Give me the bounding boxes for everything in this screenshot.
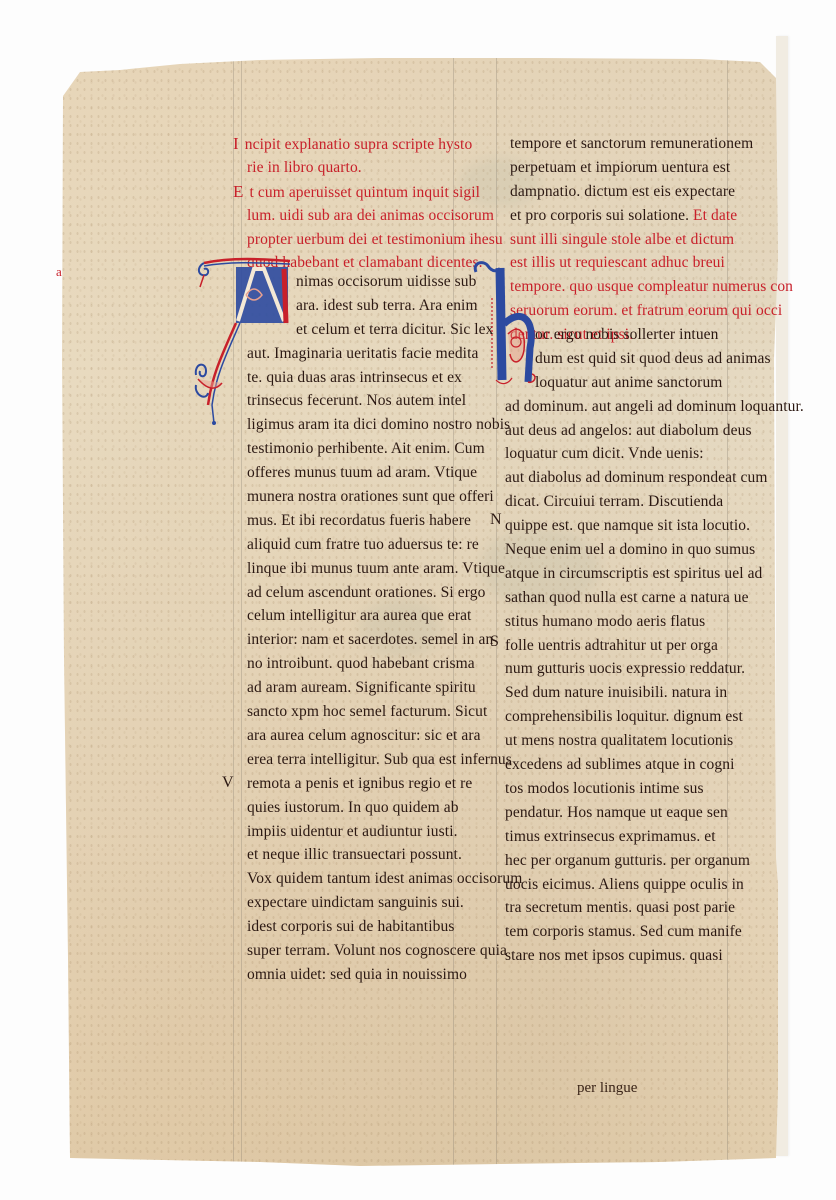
text-line: Neque enim uel a domino in quo sumus	[505, 538, 804, 562]
text-line: impiis uidentur et audiuntur iusti.	[247, 820, 522, 844]
text-line: uocis eicimus. Aliens quippe oculis in	[505, 873, 804, 897]
text-line: remota a penis et ignibus regio et re	[247, 772, 522, 796]
text-line: num gutturis uocis expressio reddatur.	[505, 657, 804, 681]
text-line: dicat. Circuiui terram. Discutienda	[505, 490, 804, 514]
text-line: ad celum ascendunt orationes. Si ergo	[247, 581, 522, 605]
text-line: hec per organum gutturis. per organum	[505, 849, 804, 873]
catchword: per lingue	[577, 1080, 637, 1097]
rubric-line: tempore. quo usque compleatur numerus co…	[510, 275, 793, 299]
text-line: testimonio perhibente. Ait enim. Cum	[247, 437, 522, 461]
text-line: stare nos met ipsos cupimus. quasi	[505, 944, 804, 968]
column-left: Incipit explanatio supra scripte hysto r…	[233, 132, 503, 275]
text-line: excedens ad sublimes atque in cogni	[505, 753, 804, 777]
text-line: et celum et terra dicitur. Sic lex	[296, 318, 494, 342]
text-line: idest corporis sui de habitantibus	[247, 915, 522, 939]
text-line: loquatur cum dicit. Vnde uenis:	[505, 442, 804, 466]
rubric-line: Et cum aperuisset quintum inquit sigil	[233, 180, 503, 204]
decorated-initial-h	[468, 258, 538, 388]
text-line: offeres munus tuum ad aram. Vtique	[247, 461, 522, 485]
text-line: sathan quod nulla est carne a natura ue	[505, 586, 804, 610]
text-line: sancto xpm hoc semel facturum. Sicut	[247, 700, 522, 724]
text-line: omnia uidet: sed quia in nouissimo	[247, 963, 522, 987]
text-line: ut mens nostra qualitatem locutionis	[505, 729, 804, 753]
rubric-line: propter uerbum dei et testimonium ihesu	[233, 228, 503, 252]
text-line: dampnatio. dictum est eis expectare	[510, 180, 793, 204]
text-line: timus extrinsecus exprimamus. et	[505, 825, 804, 849]
text-line: mus. Et ibi recordatus fueris habere	[247, 509, 522, 533]
paragraph-marker: V	[222, 774, 234, 792]
text-line: ad aram auream. Significante spiritu	[247, 676, 522, 700]
text-line: tempore et sanctorum remunerationem	[510, 132, 793, 156]
text-line: loquatur aut anime sanctorum	[535, 371, 771, 395]
column-right: tempore et sanctorum remunerationem perp…	[510, 132, 793, 347]
text-line: aut deus ad angelos: aut diabolum deus	[505, 419, 804, 443]
text-line: tra secretum mentis. quasi post parie	[505, 896, 804, 920]
text-line: folle uentris adtrahitur ut per orga	[505, 634, 804, 658]
text-line: oc ergo nobis sollerter intuen	[535, 323, 771, 347]
text-line: perpetuam et impiorum uentura est	[510, 156, 793, 180]
rubric-line: est illis ut requiescant adhuc breui	[510, 251, 793, 275]
column-left-body: aut. Imaginaria ueritatis facie medita t…	[247, 342, 522, 987]
text-line: quies iustorum. In quo quidem ab	[247, 796, 522, 820]
rubric-line: seruorum eorum. et fratrum eorum qui occ…	[510, 299, 793, 323]
text-line: pendatur. Hos namque ut eaque sen	[505, 801, 804, 825]
text-line: stitus humano modo aeris flatus	[505, 610, 804, 634]
rubric-line: sunt illi singule stole albe et dictum	[510, 228, 793, 252]
text-line: dum est quid sit quod deus ad animas	[535, 347, 771, 371]
text-line: expectare uindictam sanguinis sui.	[247, 891, 522, 915]
text-line: munera nostra orationes sunt que offeri	[247, 485, 522, 509]
text-line: ara. idest sub terra. Ara enim	[296, 294, 494, 318]
column-right-body-initial-lines: oc ergo nobis sollerter intuen dum est q…	[535, 323, 771, 395]
text-line: trinsecus fecerunt. Nos autem intel	[247, 389, 522, 413]
text-line: aut diabolus ad dominum respondeat cum	[505, 466, 804, 490]
text-line: aliquid cum fratre tuo aduersus te: re	[247, 533, 522, 557]
text-line: Vox quidem tantum idest animas occisorum	[247, 867, 522, 891]
text-line: no introibunt. quod habebant crisma	[247, 652, 522, 676]
text-line: ad dominum. aut angeli ad dominum loquan…	[505, 395, 804, 419]
text-line: interior: nam et sacerdotes. semel in an	[247, 628, 522, 652]
text-line: nimas occisorum uidisse sub	[296, 270, 494, 294]
text-line: erea terra intelligitur. Sub qua est inf…	[247, 748, 522, 772]
rubric-line: lum. uidi sub ara dei animas occisorum	[233, 204, 503, 228]
text-line: celum intelligitur ara aurea que erat	[247, 604, 522, 628]
text-line: tem corporis stamus. Sed cum manife	[505, 920, 804, 944]
text-line: tos modos locutionis intime sus	[505, 777, 804, 801]
column-right-body: ad dominum. aut angeli ad dominum loquan…	[505, 395, 804, 968]
text-line: et pro corporis sui solatione. Et date	[510, 204, 793, 228]
text-line: atque in circumscriptis est spiritus uel…	[505, 562, 804, 586]
column-left-body-initial-lines: nimas occisorum uidisse sub ara. idest s…	[296, 270, 494, 342]
text-line: et neque illic transuectari possunt.	[247, 843, 522, 867]
text-line: comprehensibilis loquitur. dignum est	[505, 705, 804, 729]
text-line: ligimus aram ita dici domino nostro nobi…	[247, 413, 522, 437]
rubric-line: rie in libro quarto.	[233, 156, 503, 180]
text-line: ara aurea celum agnoscitur: sic et ara	[247, 724, 522, 748]
text-line: quippe est. que namque sit ista locutio.	[505, 514, 804, 538]
text-line: Sed dum nature inuisibili. natura in	[505, 681, 804, 705]
text-line: linque ibi munus tuum ante aram. Vtique	[247, 557, 522, 581]
rubric-line: Incipit explanatio supra scripte hysto	[233, 132, 503, 156]
text-line: super terram. Volunt nos cognoscere quia	[247, 939, 522, 963]
margin-letter: a	[56, 264, 62, 280]
initial-h-icon	[468, 258, 538, 388]
